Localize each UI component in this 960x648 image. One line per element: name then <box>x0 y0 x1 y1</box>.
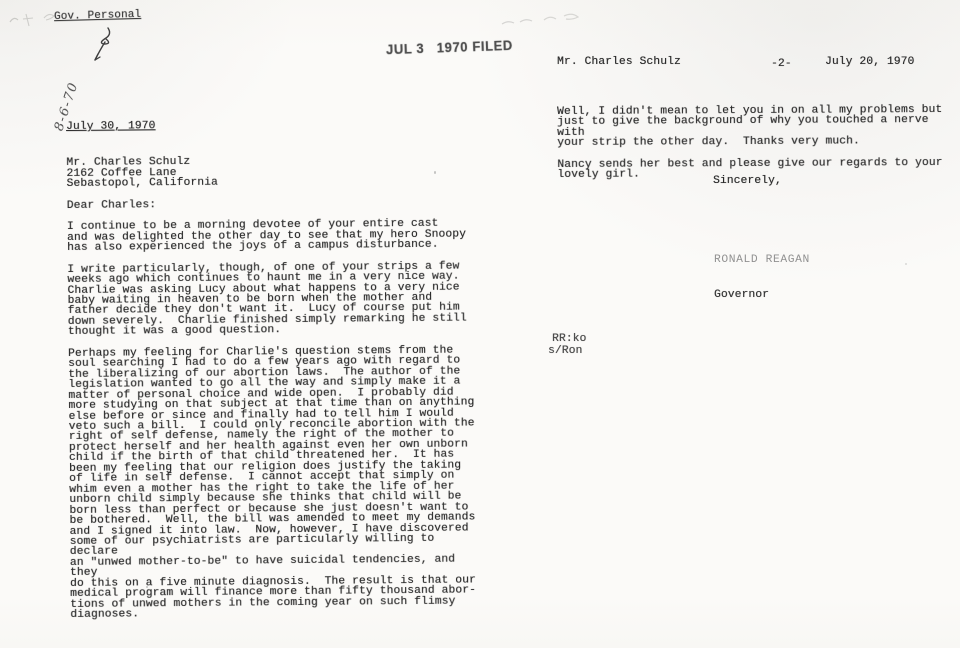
paragraph-3: Perhaps my feeling for Charlie's questio… <box>68 345 484 620</box>
salutation: Dear Charles: <box>67 197 481 211</box>
pencil-marks-top-right <box>500 10 592 28</box>
paragraph-1: I continue to be a morning devotee of yo… <box>67 219 481 254</box>
page2-header-name: Mr. Charles Schulz <box>557 57 681 67</box>
page2-header-date: July 20, 1970 <box>825 57 914 67</box>
page2-page-number: -2- <box>771 59 792 69</box>
filed-stamp: JUL 3 1970 FILED <box>386 37 513 57</box>
signed-by-notation: s/Ron <box>548 346 582 356</box>
paragraph-2: I write particularly, though, of one of … <box>67 261 482 338</box>
letter-date: July 30, 1970 <box>66 118 480 132</box>
signature-block: RONALD REAGAN Governor <box>714 232 810 324</box>
signature-title: Governor <box>714 290 810 302</box>
paragraph-4: Well, I didn't mean to let you in on all… <box>557 105 959 149</box>
recipient-address: Mr. Charles Schulz 2162 Coffee Lane Seba… <box>66 155 480 190</box>
signature-name: RONALD REAGAN <box>714 255 810 267</box>
filing-note: Gov. Personal <box>54 10 141 23</box>
reference-initials: RR:ko <box>552 334 586 344</box>
handwritten-arrow <box>82 26 116 68</box>
closing: Sincerely, <box>713 176 782 186</box>
page2-body: Well, I didn't mean to let you in on all… <box>557 105 959 181</box>
page1-body: July 30, 1970 Mr. Charles Schulz 2162 Co… <box>66 118 484 620</box>
scanned-letter-sheet: Gov. Personal 8-6-70 JUL 3 1970 FILED Ju… <box>0 0 960 648</box>
